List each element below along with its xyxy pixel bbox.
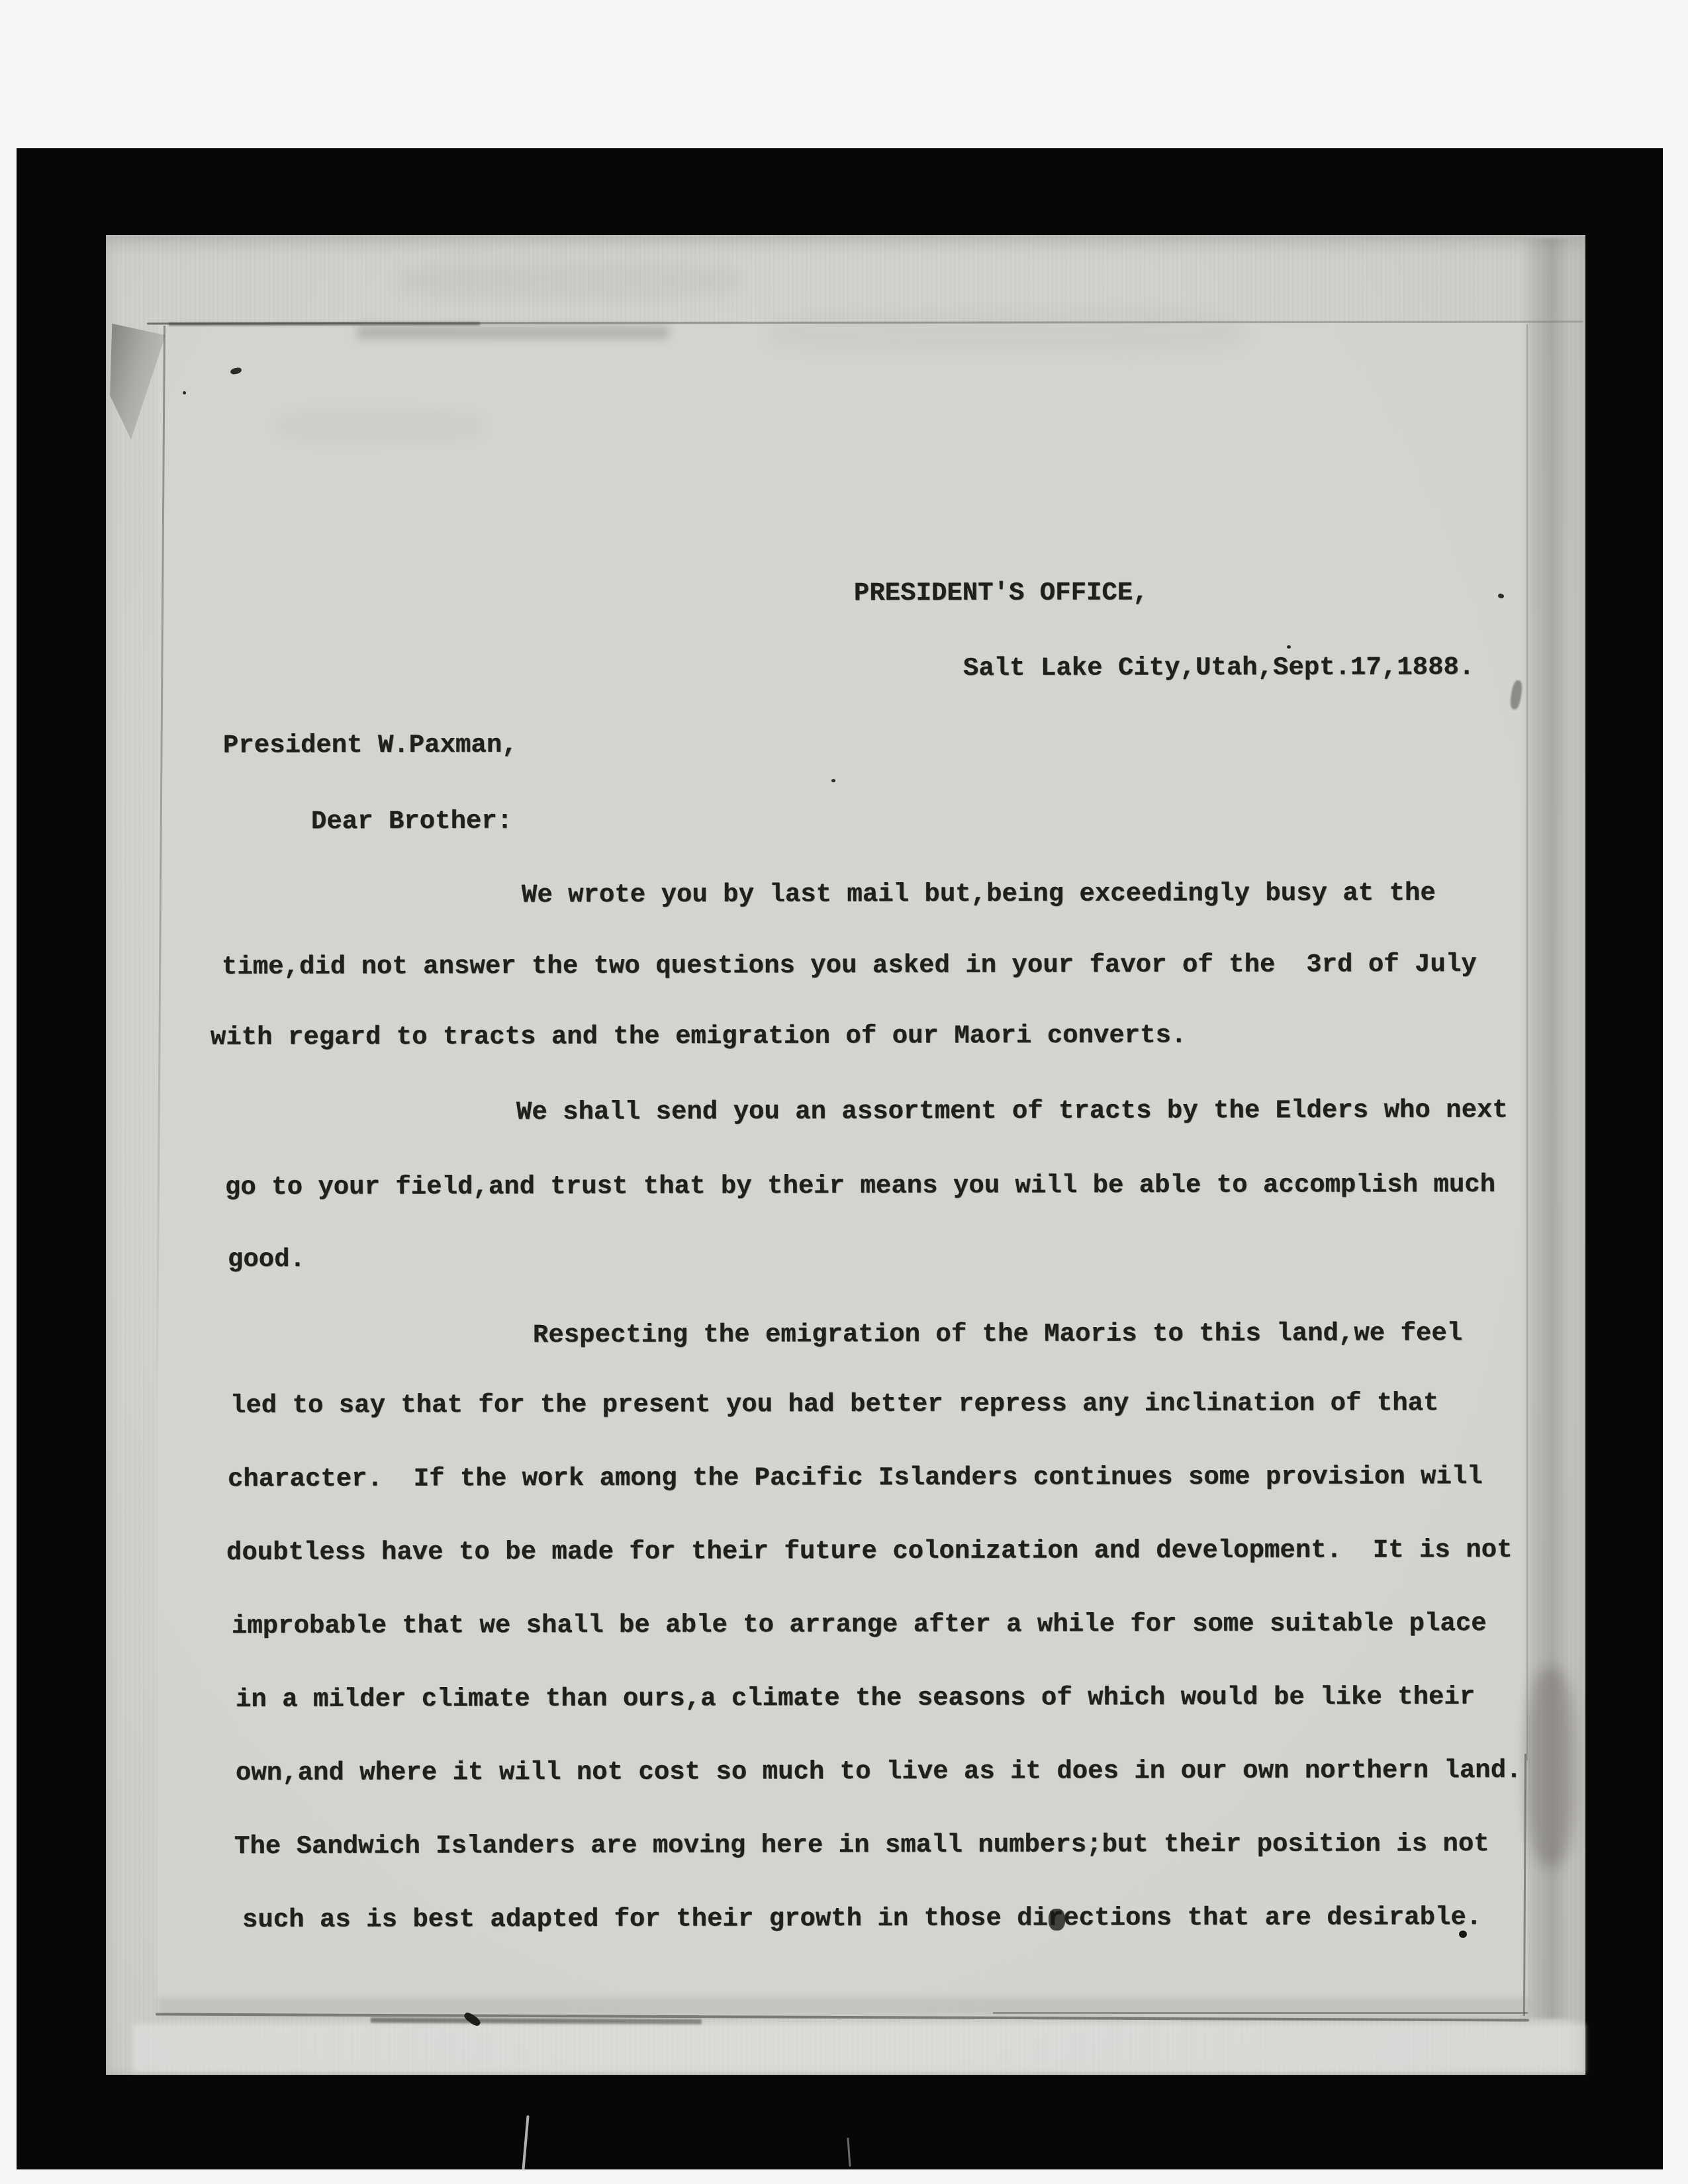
paper-top-edge-smudge <box>357 326 669 339</box>
letter-dateline: Salt Lake City,Utah,Sept.17,1888. <box>963 653 1474 683</box>
ink-speck <box>183 391 186 394</box>
bleedthrough-smudge <box>278 410 483 442</box>
paper-bottom-light-strip <box>132 2024 1585 2073</box>
letter-body-line: The Sandwich Islanders are moving here i… <box>234 1829 1489 1862</box>
letter-body-line: go to your field,and trust that by their… <box>225 1170 1495 1203</box>
paper-right-shadow-blob <box>1526 1668 1575 1866</box>
ink-speck <box>831 779 835 782</box>
letter-body-line: with regard to tracts and the emigration… <box>211 1021 1187 1052</box>
letter-body-line: own,and where it will not cost so much t… <box>236 1756 1522 1788</box>
typewriter-overstrike-blot <box>1049 1909 1065 1931</box>
ink-speck <box>1287 645 1291 649</box>
letter-body-line: Respecting the emigration of the Maoris … <box>533 1319 1462 1351</box>
letter-body-line: improbable that we shall be able to arra… <box>232 1609 1487 1641</box>
letter-body-line: We wrote you by last mail but,being exce… <box>522 879 1436 911</box>
letter-body-line: led to say that for the present you had … <box>230 1388 1439 1421</box>
letter-salutation: Dear Brother: <box>311 807 512 837</box>
letter-body-line: such as is best adapted for their growth… <box>242 1903 1481 1935</box>
paper-bottom-edge-thin-segment <box>993 2012 1528 2014</box>
ink-speck <box>1459 1931 1467 1938</box>
letter-body-line: character. If the work among the Pacific… <box>228 1462 1483 1494</box>
paper-right-edge <box>1526 324 1528 1760</box>
letter-office-line: PRESIDENT'S OFFICE, <box>854 578 1149 609</box>
bleedthrough-smudge <box>397 261 741 300</box>
letter-recipient: President W.Paxman, <box>223 731 518 761</box>
letter-body-line: We shall send you an assortment of tract… <box>516 1095 1508 1127</box>
letter-body-line: doubtless have to be made for their futu… <box>226 1535 1513 1568</box>
bleedthrough-smudge <box>768 310 1244 353</box>
scanned-letter-page: PRESIDENT'S OFFICE, Salt Lake City,Utah,… <box>0 0 1688 2184</box>
letter-body-line: in a milder climate than ours,a climate … <box>236 1682 1475 1715</box>
letter-body-line: good. <box>228 1245 305 1275</box>
letter-body-line: time,did not answer the two questions yo… <box>222 950 1477 982</box>
